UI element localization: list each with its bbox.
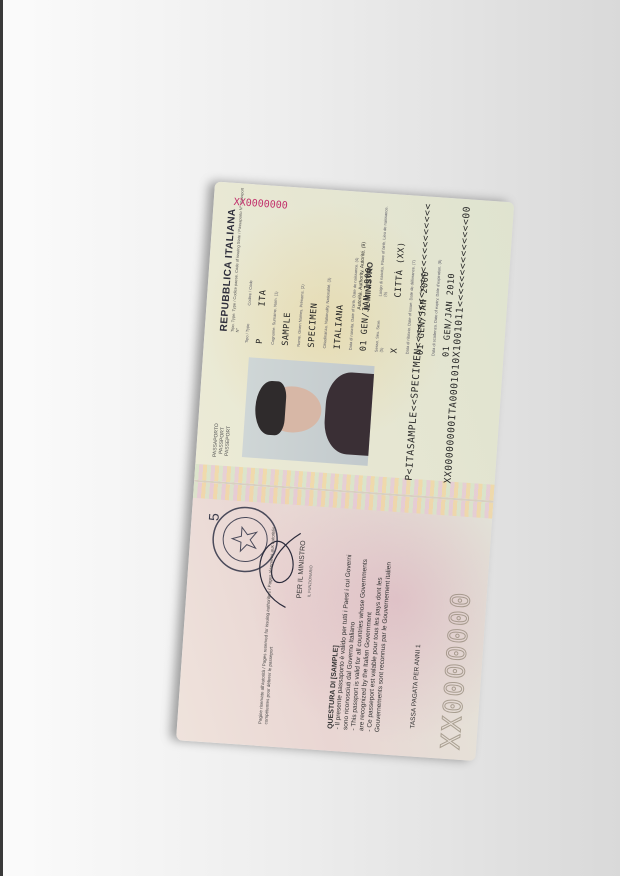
- scanner-edge: [0, 0, 3, 876]
- machine-readable-zone: P<ITASAMPLE<<SPECIMEN<<<<<<<<<<<<<<<<<<<…: [377, 204, 500, 486]
- perforated-number: XX0000000: [436, 590, 477, 751]
- passport-booklet: 5 PER IL MINISTRO IL FUNZIONARIO Pagine …: [176, 182, 514, 762]
- mrz-line-2: XX00000000ITA0001010X1001011<<<<<<<<<<<<…: [442, 209, 474, 484]
- tax-paid-line: TASSA PAGATA PER ANNI 1: [409, 644, 422, 729]
- minister-subline: IL FUNZIONARIO: [306, 565, 313, 597]
- issuing-office-block: QUESTURA DI [SAMPLE] - Il presente passa…: [327, 514, 397, 732]
- data-page: PASSAPORTO PASSPORT PASSEPORT REPUBBLICA…: [194, 182, 514, 503]
- holder-photo-placeholder: [242, 357, 375, 466]
- field-type: Tipo / Type P: [244, 323, 268, 344]
- field-country-code: Codice / Code ITA: [246, 280, 271, 307]
- observations-page: 5 PER IL MINISTRO IL FUNZIONARIO Pagine …: [176, 482, 493, 761]
- mrz-line-1: P<ITASAMPLE<<SPECIMEN<<<<<<<<<<<<<<<<<<<…: [403, 206, 435, 481]
- document-type-label: PASSAPORTO PASSPORT PASSEPORT: [212, 423, 232, 458]
